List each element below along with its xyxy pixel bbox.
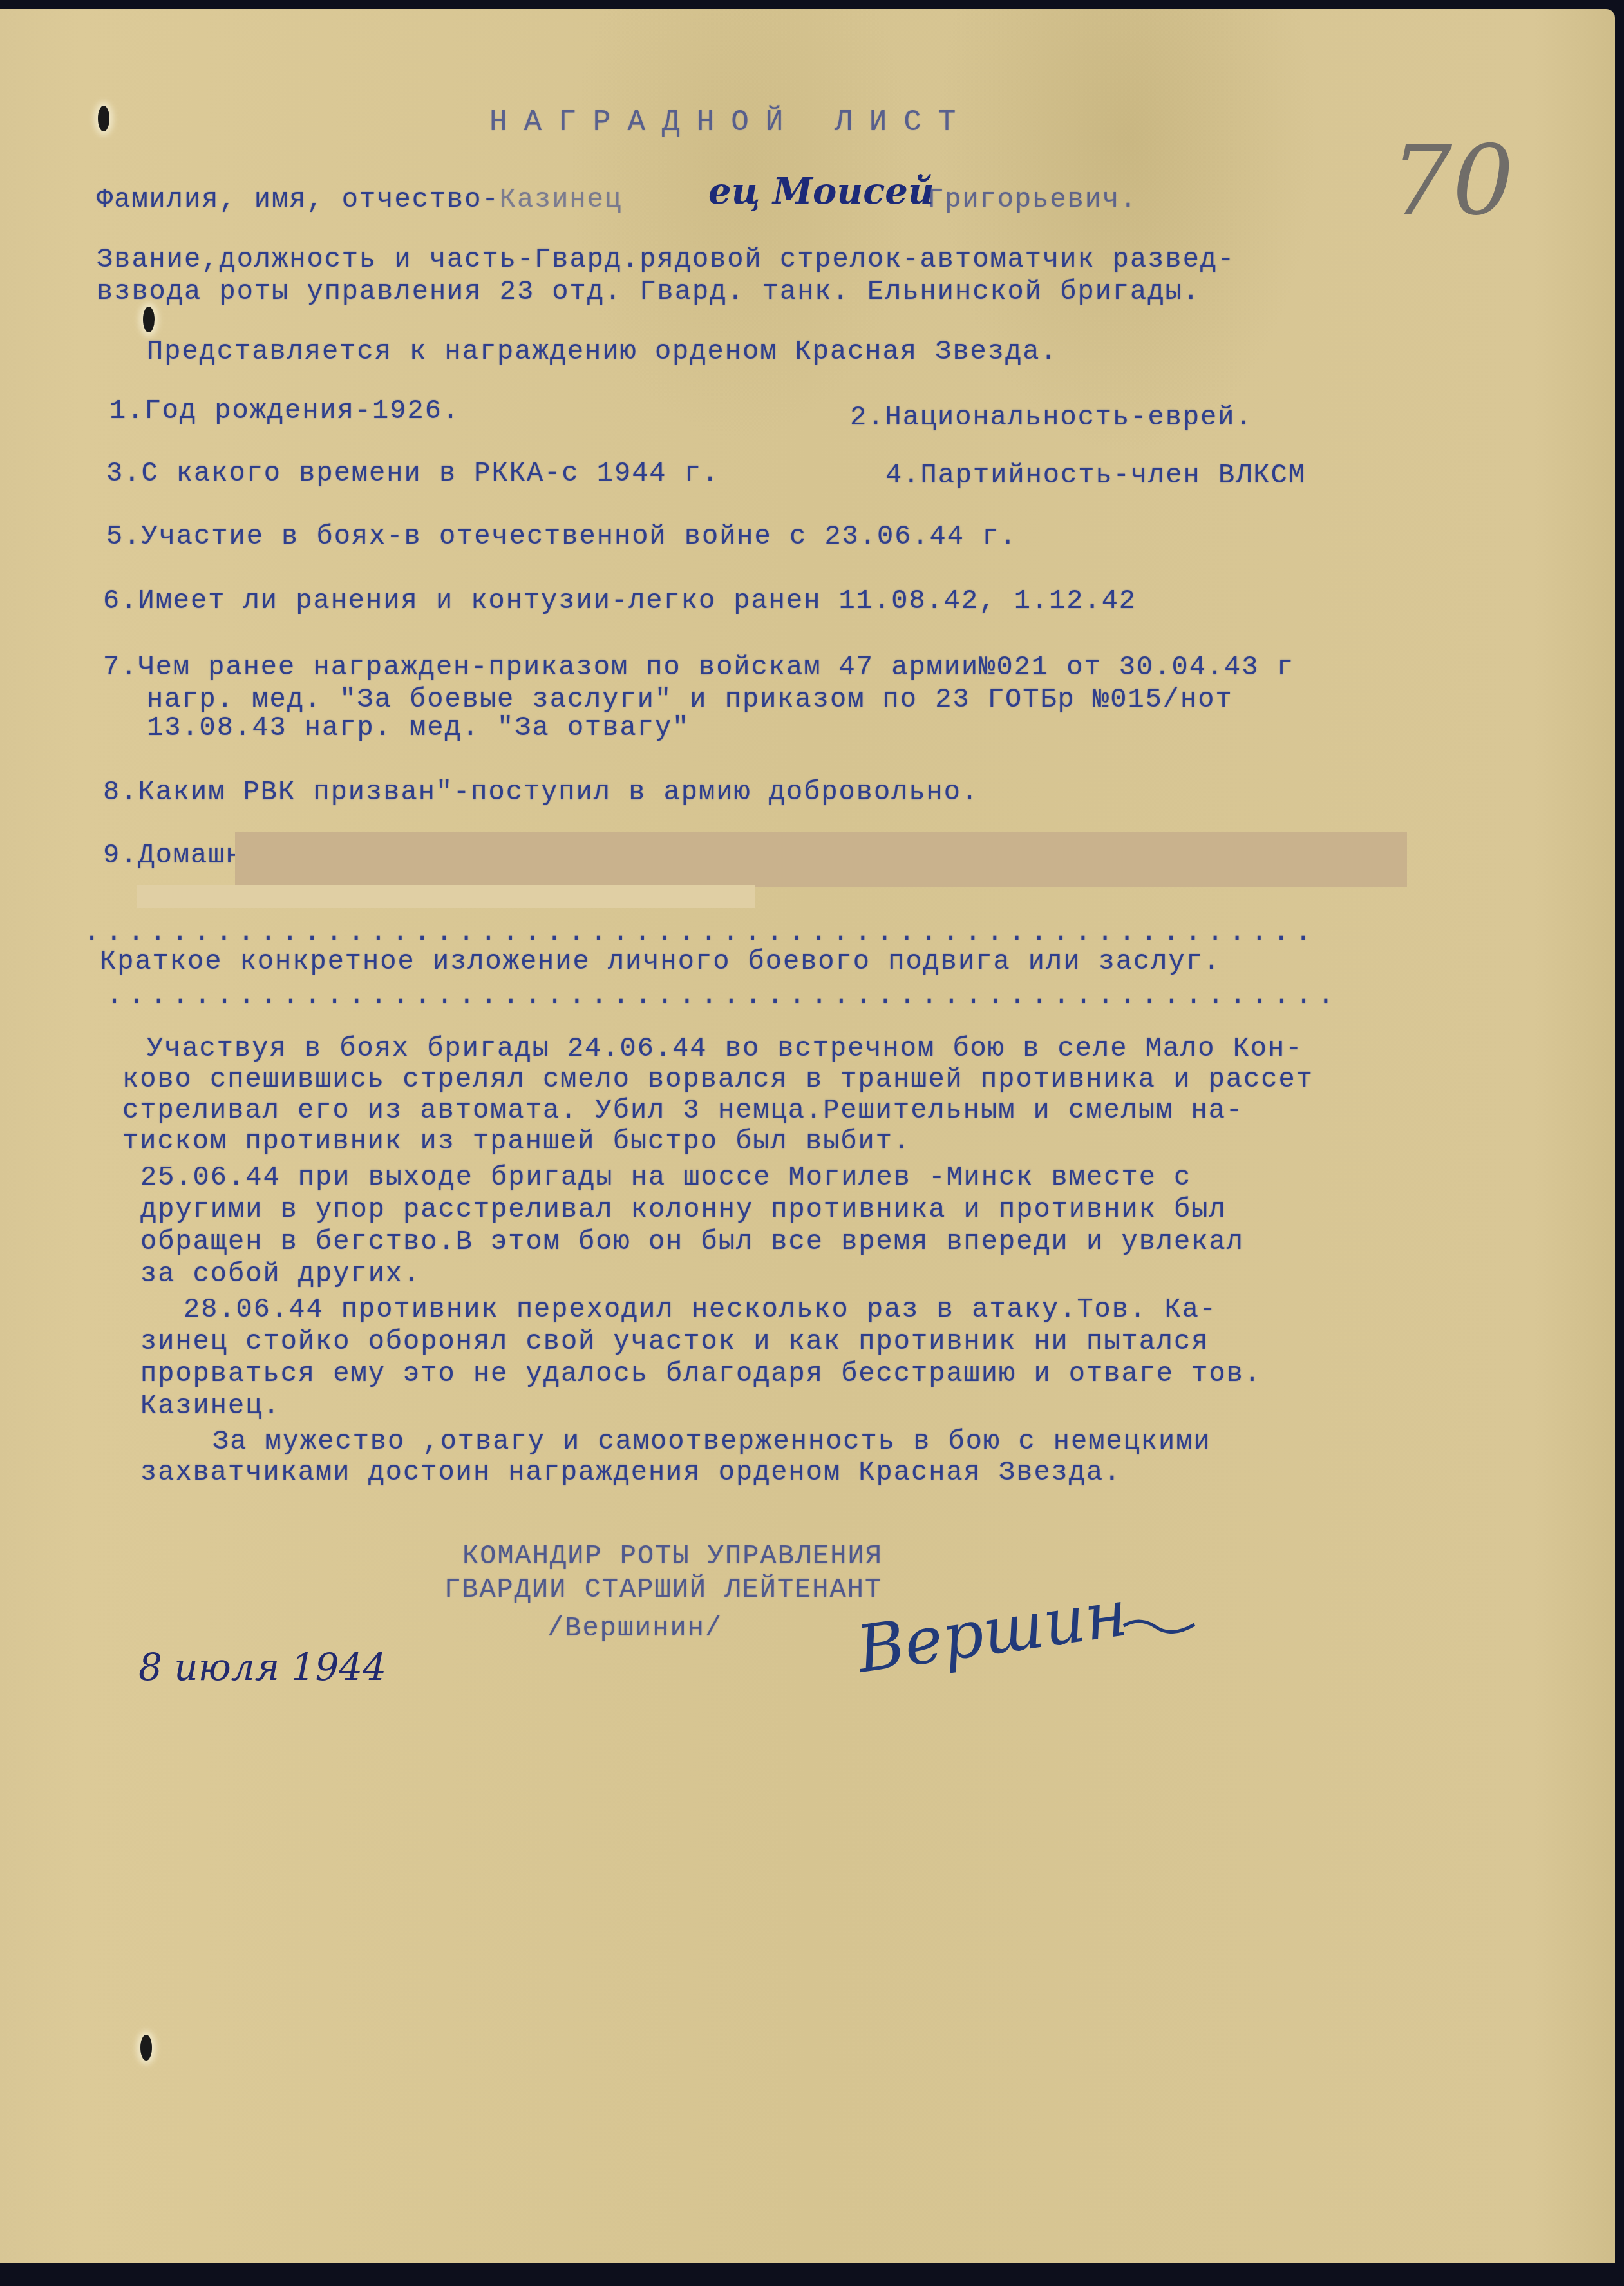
narrative-line: обращен в бегство.В этом бою он был все …: [140, 1226, 1244, 1257]
narrative-line: захватчиками достоин награждения орденом…: [140, 1457, 1121, 1488]
address-redaction-2: [137, 885, 755, 908]
page-number-pencil: 70: [1391, 125, 1514, 237]
separator-bottom: ........................................…: [106, 980, 1339, 1011]
previous-awards-line-2: нагр. мед. "За боевые заслуги" и приказо…: [147, 684, 1233, 715]
narrative-line: другими в упор расстреливал колонну прот…: [140, 1194, 1227, 1225]
narrative-line: ково спешившись стрелял смело ворвался в…: [122, 1064, 1314, 1095]
punch-hole: [98, 106, 109, 131]
name-line: Фамилия, имя, отчество-Казинец: [97, 184, 622, 215]
previous-awards-line-3: 13.08.43 нагр. мед. "За отвагу": [147, 712, 690, 743]
handwritten-signature: Вершин: [853, 1575, 1132, 1688]
patronymic: Григорьевич.: [927, 184, 1137, 215]
narrative-line: за собой других.: [140, 1259, 420, 1290]
field-nationality: 2.Национальность-еврей.: [850, 402, 1253, 433]
field-previous-awards: 7.Чем ранее награжден-приказом по войска…: [103, 652, 1294, 683]
nominated-for: Представляется к награждению орденом Кра…: [147, 336, 1058, 367]
narrative-line: 28.06.44 противник переходил несколько р…: [184, 1294, 1217, 1325]
field-wounds: 6.Имеет ли ранения и контузии-легко ране…: [103, 586, 1137, 616]
narrative-line: прорваться ему это не удалось благодаря …: [140, 1358, 1261, 1389]
punch-hole: [140, 2035, 152, 2061]
narrative-line: тиском противник из траншей быстро был в…: [122, 1126, 911, 1157]
narrative-line: 25.06.44 при выходе бригады на шоссе Мог…: [140, 1162, 1191, 1193]
narrative-line: Казинец.: [140, 1391, 281, 1422]
narrative-line: Участвуя в боях бригады 24.06.44 во встр…: [147, 1033, 1303, 1064]
rank-line-2: взвода роты управления 23 отд. Гвард. та…: [97, 276, 1200, 307]
punch-hole: [143, 307, 155, 332]
narrative-line: зинец стойко оборонял свой участок и как…: [140, 1326, 1209, 1357]
section-heading: Краткое конкретное изложение личного бое…: [100, 946, 1221, 977]
field-birth-year: 1.Год рождения-1926.: [109, 395, 460, 426]
field-party: 4.Партийность-член ВЛКСМ: [885, 460, 1306, 491]
address-redaction: [235, 832, 1407, 887]
typed-surname: Казинец: [500, 184, 622, 215]
rank-line-1: Звание,должность и часть-Гвард.рядовой с…: [97, 244, 1235, 275]
handwritten-date: 8 июля 1944: [138, 1645, 386, 1689]
name-label: Фамилия, имя, отчество-: [97, 184, 500, 215]
separator-top: ........................................…: [84, 917, 1317, 948]
field-army-since: 3.С какого времени в РККА-с 1944 г.: [106, 458, 719, 489]
narrative-line: стреливал его из автомата. Убил 3 немца.…: [122, 1095, 1243, 1126]
narrative-line: За мужество ,отвагу и самоотверженность …: [212, 1426, 1211, 1457]
field-conscription-office: 8.Каким РВК призван"-поступил в армию до…: [103, 777, 979, 808]
signature-flourish: [1120, 1613, 1198, 1639]
handwritten-name-insert: ец Моисей: [708, 170, 934, 213]
award-sheet-page: НАГРАДНОЙ ЛИСТ 70 Фамилия, имя, отчество…: [0, 9, 1615, 2263]
document-title: НАГРАДНОЙ ЛИСТ: [489, 106, 972, 139]
signer-name: /Вершинин/: [547, 1613, 722, 1644]
field-combat-participation: 5.Участие в боях-в отечественной войне с…: [106, 521, 1017, 552]
signer-position: КОМАНДИР РОТЫ УПРАВЛЕНИЯ: [462, 1541, 883, 1572]
signer-rank: ГВАРДИИ СТАРШИЙ ЛЕЙТЕНАНТ: [444, 1574, 882, 1605]
